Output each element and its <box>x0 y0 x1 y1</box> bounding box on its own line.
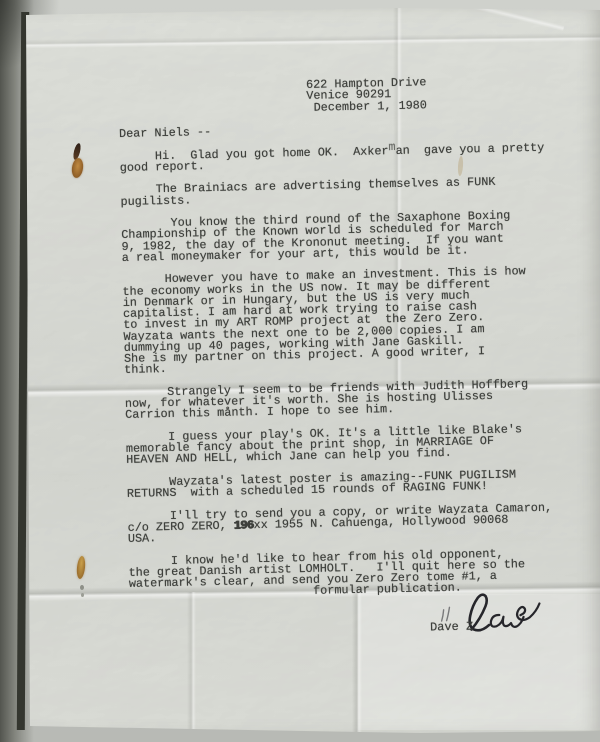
letter-body: Dear Niels -- Hi. Glad you got home OK. … <box>119 107 599 601</box>
stain-speck <box>81 593 84 597</box>
letter-photograph: 622 Hampton DriveVenice 90291 December 1… <box>0 0 600 742</box>
stain-speck <box>80 585 84 590</box>
typed-signature: Dave Z <box>430 620 474 635</box>
letter-paper: 622 Hampton DriveVenice 90291 December 1… <box>0 0 600 742</box>
typed-letter-text: 622 Hampton DriveVenice 90291 December 1… <box>118 74 599 602</box>
